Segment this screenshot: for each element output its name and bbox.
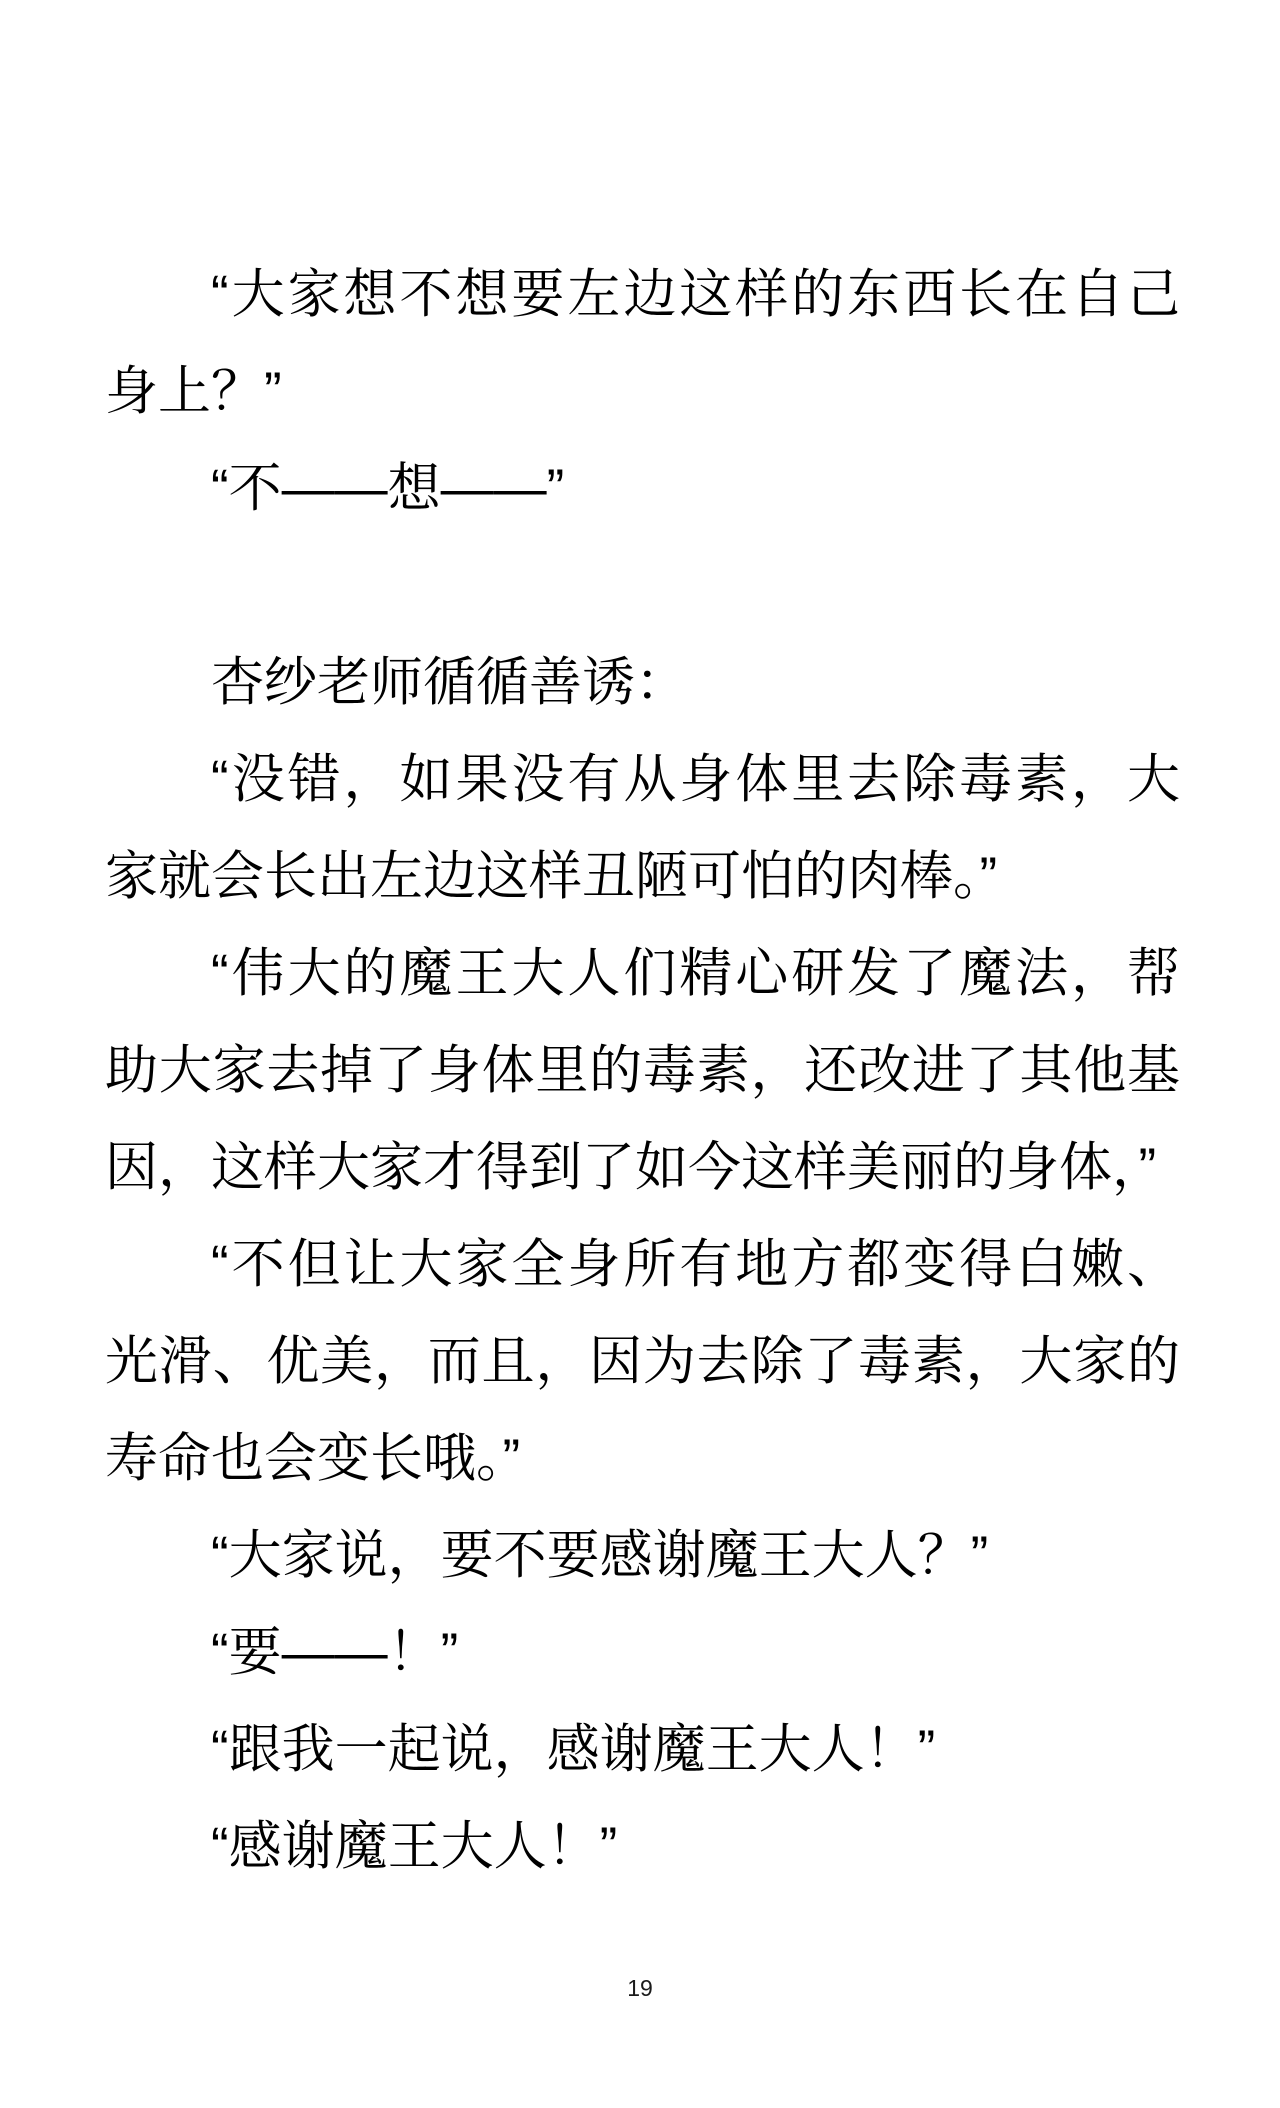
paragraph: “没错，如果没有从身体里去除毒素，大家就会长出左边这样丑陋可怕的肉棒。” — [105, 731, 1180, 925]
paragraph: “伟大的魔王大人们精心研发了魔法，帮助大家去掉了身体里的毒素，还改进了其他基因，… — [105, 925, 1180, 1216]
page-content: “大家想不想要左边这样的东西长在自己身上？” “不——想——” 杏纱老师循循善诱… — [105, 246, 1180, 1895]
paragraph: “大家想不想要左边这样的东西长在自己身上？” — [105, 246, 1180, 440]
paragraph: 杏纱老师循循善诱： — [105, 634, 1180, 731]
paragraph: “不但让大家全身所有地方都变得白嫩、光滑、优美，而且，因为去除了毒素，大家的寿命… — [105, 1216, 1180, 1507]
page-number: 19 — [0, 1974, 1280, 2002]
paragraph: “大家说，要不要感谢魔王大人？” — [105, 1507, 1180, 1604]
paragraph: “感谢魔王大人！” — [105, 1798, 1180, 1895]
book-page: “大家想不想要左边这样的东西长在自己身上？” “不——想——” 杏纱老师循循善诱… — [0, 0, 1280, 2108]
paragraph: “不——想——” — [105, 440, 1180, 537]
paragraph: “跟我一起说，感谢魔王大人！” — [105, 1701, 1180, 1798]
paragraph: “要——！” — [105, 1604, 1180, 1701]
